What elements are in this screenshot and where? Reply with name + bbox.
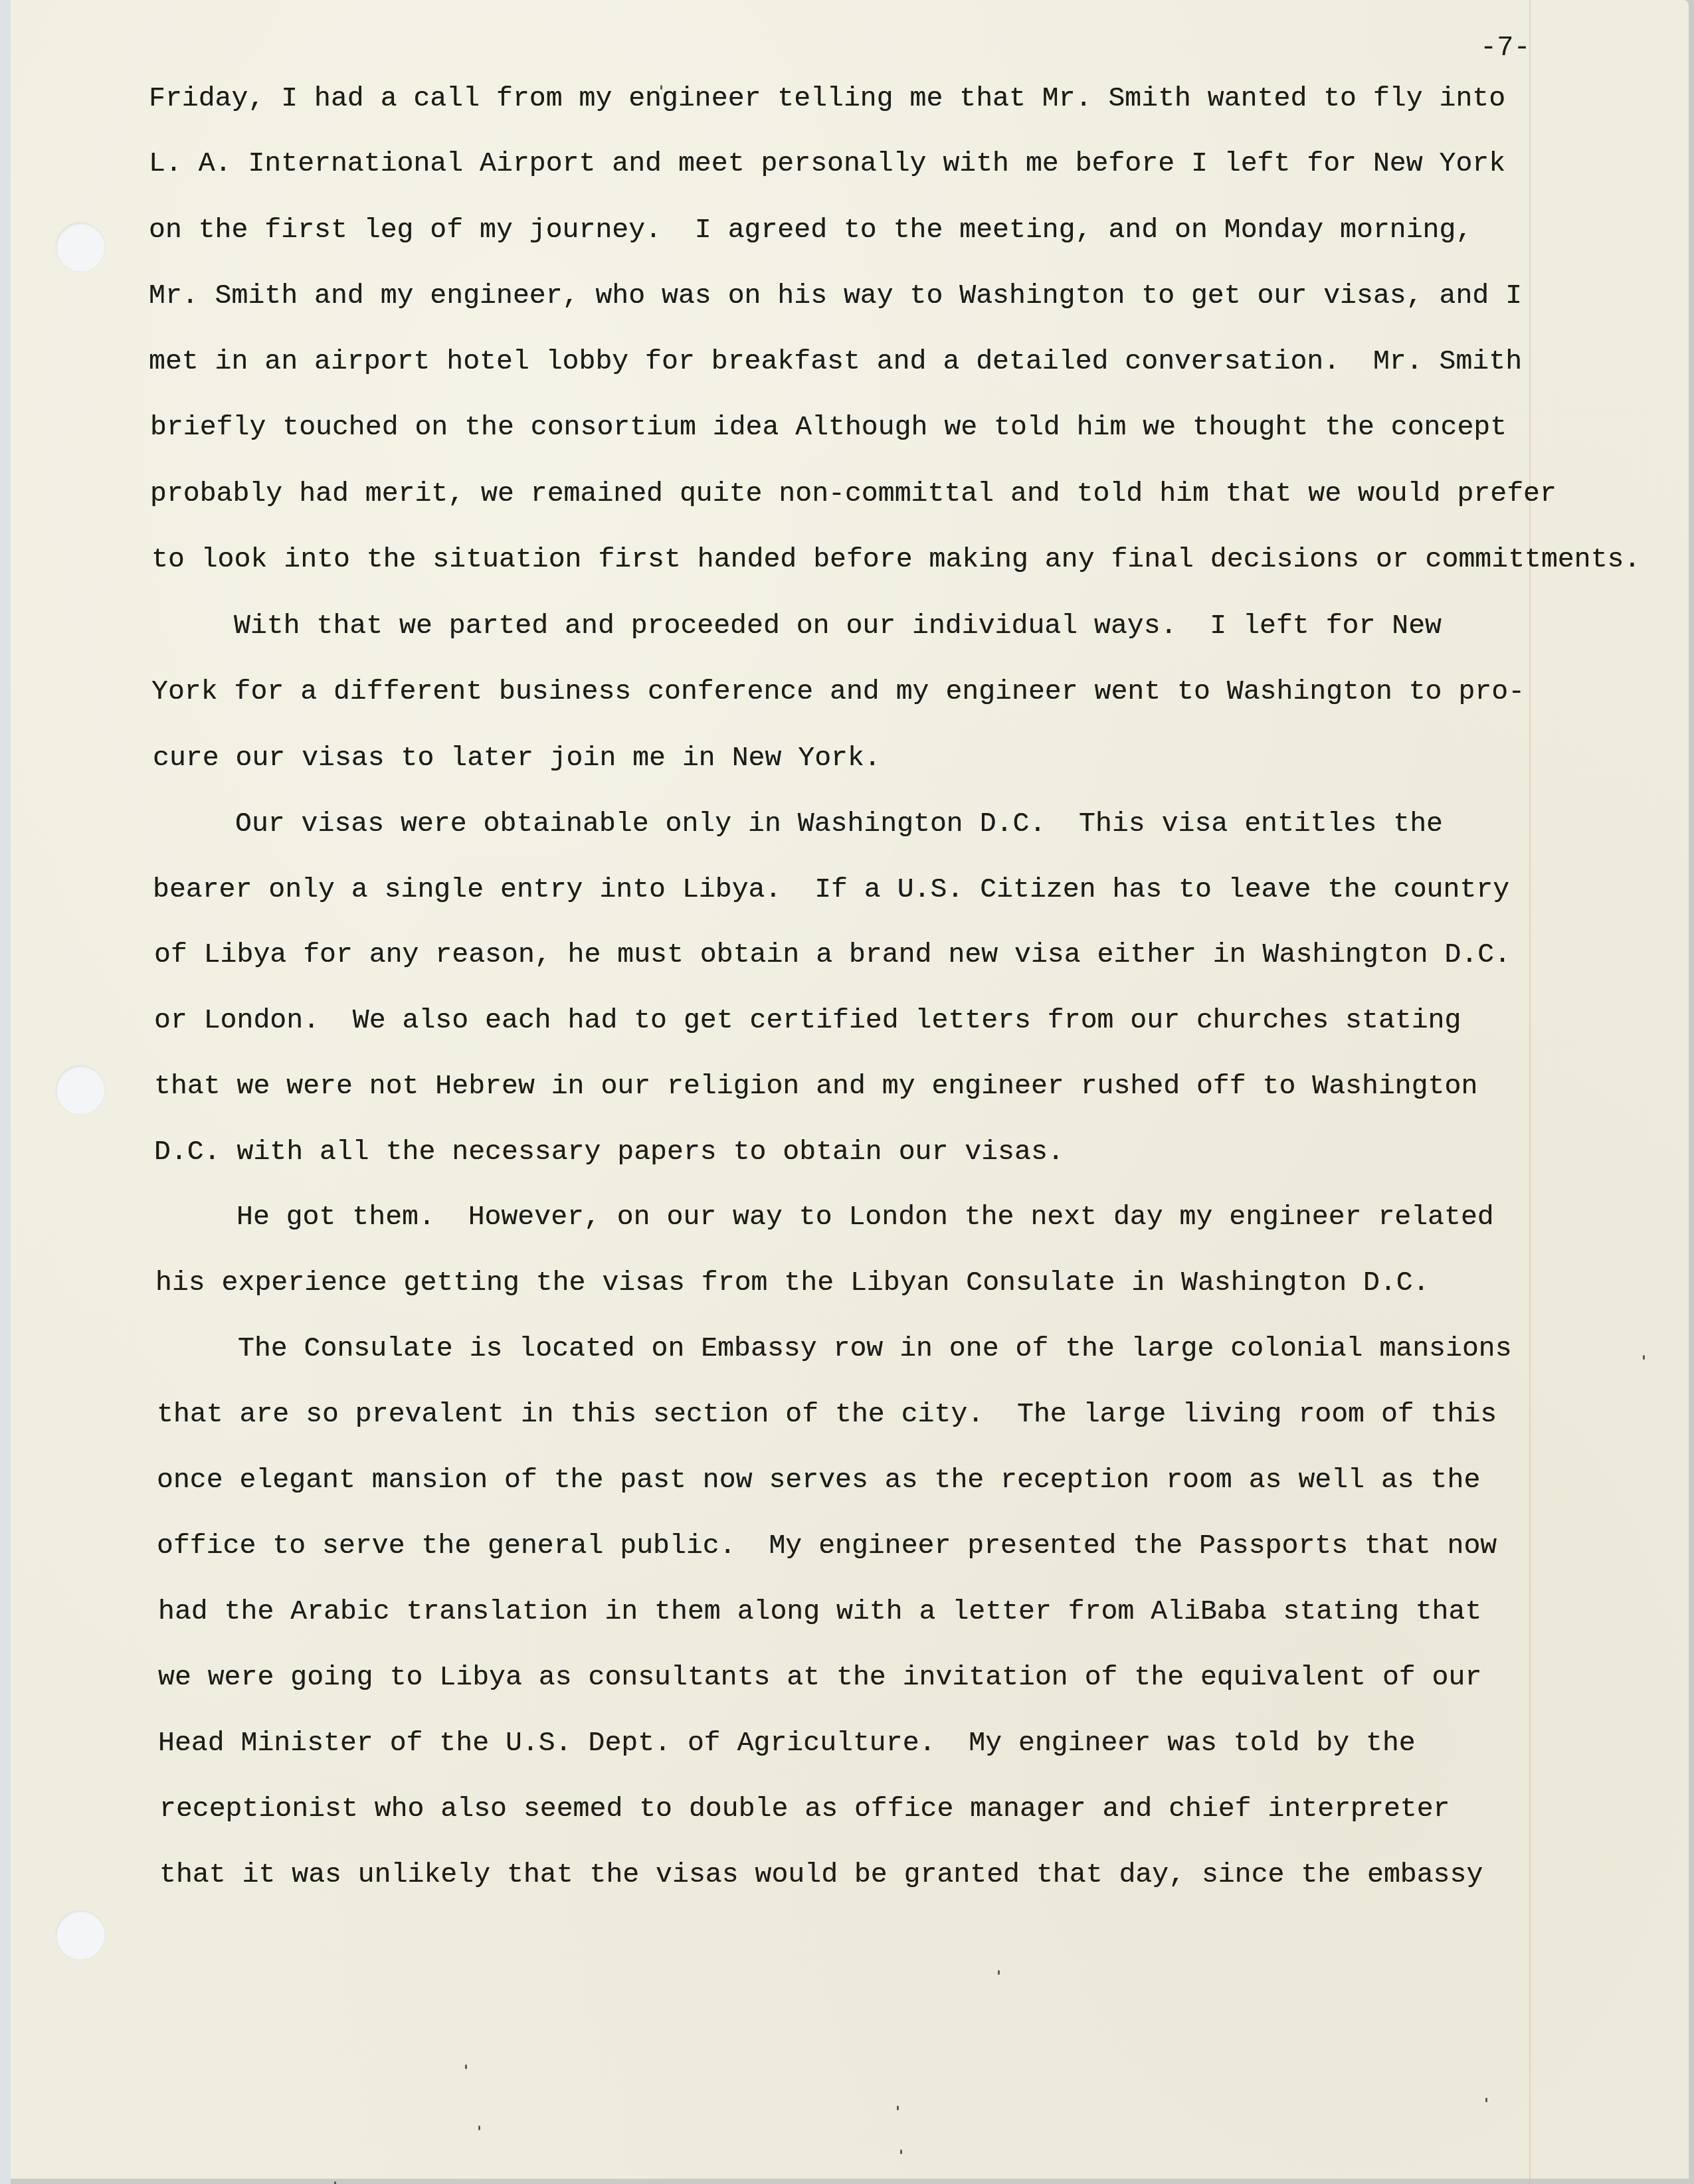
scan-edge-strip bbox=[0, 0, 11, 2184]
paper-speck bbox=[1485, 2098, 1487, 2102]
text-line: to look into the situation first handed … bbox=[151, 546, 1640, 574]
text-line: York for a different business conference… bbox=[151, 678, 1525, 706]
text-line: once elegant mansion of the past now ser… bbox=[157, 1467, 1480, 1495]
paper-speck bbox=[998, 1970, 1000, 1975]
paper-speck bbox=[478, 2126, 480, 2130]
paper-speck bbox=[1643, 1355, 1645, 1360]
text-line: receptionist who also seemed to double a… bbox=[159, 1795, 1450, 1823]
text-line: office to serve the general public. My e… bbox=[157, 1532, 1497, 1560]
text-line: Friday, I had a call from my engineer te… bbox=[149, 85, 1505, 113]
text-line: cure our visas to later join me in New Y… bbox=[153, 745, 881, 773]
page-number: -7- bbox=[1480, 32, 1531, 64]
paper-speck bbox=[900, 2149, 902, 2154]
text-line: briefly touched on the consortium idea A… bbox=[150, 414, 1507, 442]
text-line: D.C. with all the necessary papers to ob… bbox=[154, 1138, 1064, 1166]
text-line: L. A. International Airport and meet per… bbox=[149, 150, 1505, 178]
paragraph-start-line: He got them. However, on our way to Lond… bbox=[236, 1204, 1494, 1231]
paragraph-start-line: Our visas were obtainable only in Washin… bbox=[235, 810, 1443, 838]
paper-speck bbox=[465, 2064, 467, 2069]
paper-speck bbox=[334, 2181, 336, 2184]
text-line: his experience getting the visas from th… bbox=[155, 1269, 1430, 1297]
text-line: of Libya for any reason, he must obtain … bbox=[154, 941, 1511, 969]
paper-speck bbox=[897, 2106, 899, 2110]
text-line: Mr. Smith and my engineer, who was on hi… bbox=[149, 282, 1522, 310]
text-line: or London. We also each had to get certi… bbox=[154, 1007, 1461, 1035]
text-line: had the Arabic translation in them along… bbox=[158, 1598, 1481, 1626]
text-line: on the first leg of my journey. I agreed… bbox=[149, 217, 1472, 244]
text-line: that we were not Hebrew in our religion … bbox=[154, 1073, 1477, 1101]
right-margin-line bbox=[1529, 0, 1531, 2184]
text-line: that it was unlikely that the visas woul… bbox=[159, 1861, 1483, 1889]
punch-hole-top bbox=[56, 223, 105, 272]
text-line: probably had merit, we remained quite no… bbox=[150, 480, 1556, 508]
paragraph-start-line: With that we parted and proceeded on our… bbox=[234, 612, 1442, 640]
punch-hole-middle bbox=[56, 1065, 105, 1115]
paper-speck bbox=[660, 85, 662, 90]
text-line: bearer only a single entry into Libya. I… bbox=[153, 876, 1509, 904]
punch-hole-bottom bbox=[56, 1910, 105, 1959]
text-line: that are so prevalent in this section of… bbox=[157, 1401, 1497, 1429]
text-line: met in an airport hotel lobby for breakf… bbox=[149, 348, 1522, 376]
text-line: Head Minister of the U.S. Dept. of Agric… bbox=[158, 1730, 1416, 1758]
paragraph-start-line: The Consulate is located on Embassy row … bbox=[238, 1335, 1512, 1363]
text-line: we were going to Libya as consultants at… bbox=[158, 1664, 1481, 1692]
